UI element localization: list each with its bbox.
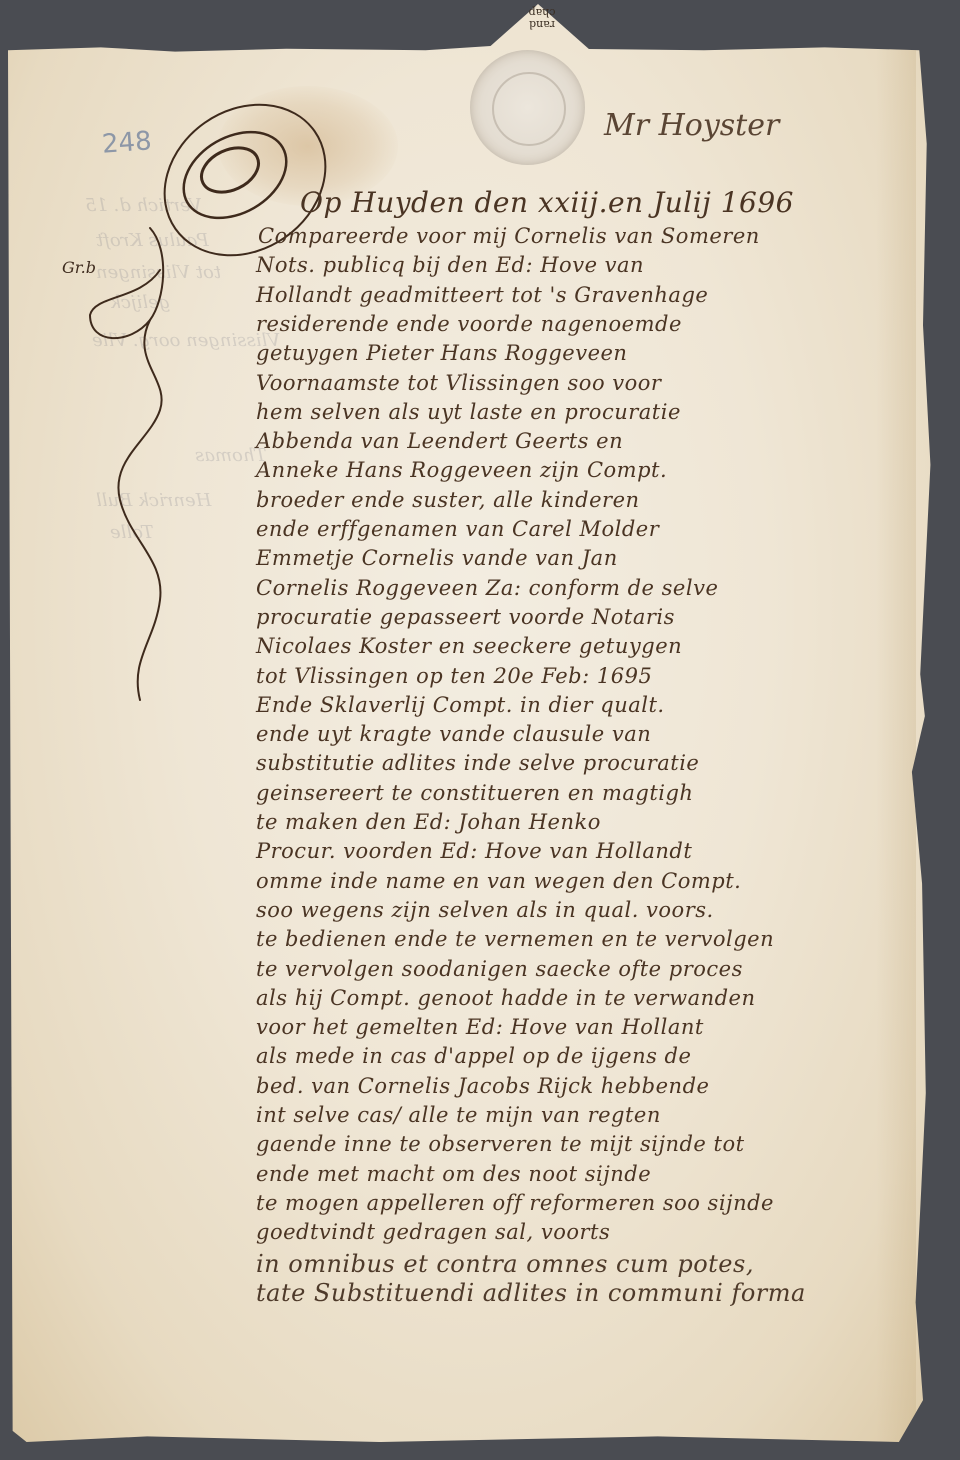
deed-line: gaende inne te observeren te mijt sijnde…: [256, 1132, 745, 1156]
deed-line: Compareerde voor mij Cornelis van Somere…: [258, 224, 760, 248]
deed-line: getuygen Pieter Hans Roggeveen: [256, 341, 627, 365]
deed-line: broeder ende suster, alle kinderen: [256, 488, 640, 512]
deed-line: Cornelis Roggeveen Za: conform de selve: [256, 576, 718, 600]
deed-line: tate Substituendi adlites in communi for…: [256, 1279, 806, 1307]
deed-line: Nots. publicq bij den Ed: Hove van: [256, 253, 644, 277]
deed-line: Hollandt geadmitteert tot 's Gravenhage: [256, 283, 708, 307]
deed-line: ende met macht om des noot sijnde: [256, 1162, 651, 1186]
deed-line: hem selven als uyt laste en procuratie: [256, 400, 681, 424]
deed-line: substitutie adlites inde selve procurati…: [256, 751, 699, 775]
deed-line: in omnibus et contra omnes cum potes,: [256, 1250, 754, 1278]
deed-line: Voornaamste tot Vlissingen soo voor: [256, 371, 661, 395]
deed-line: geinsereert te constitueren en magtigh: [256, 781, 693, 805]
deed-line: als mede in cas d'appel op de ijgens de: [256, 1044, 691, 1068]
deed-line: bed. van Cornelis Jacobs Rijck hebbende: [256, 1074, 709, 1098]
deed-line: procuratie gepasseert voorde Notaris: [256, 605, 675, 629]
deed-line: residerende ende voorde nagenoemde: [256, 312, 682, 336]
deed-line: ende erffgenamen van Carel Molder: [256, 517, 659, 541]
deed-line: te bedienen ende te vernemen en te vervo…: [256, 927, 774, 951]
deed-line: goedtvindt gedragen sal, voorts: [256, 1220, 610, 1244]
deed-line: Nicolaes Koster en seeckere getuygen: [256, 634, 682, 658]
deed-line: te maken den Ed: Johan Henko: [256, 810, 601, 834]
deed-line: Abbenda van Leendert Geerts en: [256, 429, 623, 453]
deed-line: te vervolgen soodanigen saecke ofte proc…: [256, 957, 743, 981]
deed-line: Procur. voorden Ed: Hove van Hollandt: [256, 839, 692, 863]
deed-line: soo wegens zijn selven als in qual. voor…: [256, 898, 714, 922]
deed-line: int selve cas/ alle te mijn van regten: [256, 1103, 661, 1127]
deed-line: tot Vlissingen op ten 20e Feb: 1695: [256, 664, 652, 688]
deed-line: omme inde name en van wegen den Compt.: [256, 869, 741, 893]
deed-line: voor het gemelten Ed: Hove van Hollant: [256, 1015, 704, 1039]
deed-line: ende uyt kragte vande clausule van: [256, 722, 651, 746]
deed-line: Anneke Hans Roggeveen zijn Compt.: [256, 458, 667, 482]
deed-line: Ende Sklaverlij Compt. in dier qualt.: [256, 693, 665, 717]
deed-line: als hij Compt. genoot hadde in te verwan…: [256, 986, 756, 1010]
deed-line: Emmetje Cornelis vande van Jan: [256, 546, 618, 570]
deed-line: te mogen appelleren off reformeren soo s…: [256, 1191, 774, 1215]
deed-heading: Op Huyden den xxiij.en Julij 1696: [300, 186, 794, 219]
